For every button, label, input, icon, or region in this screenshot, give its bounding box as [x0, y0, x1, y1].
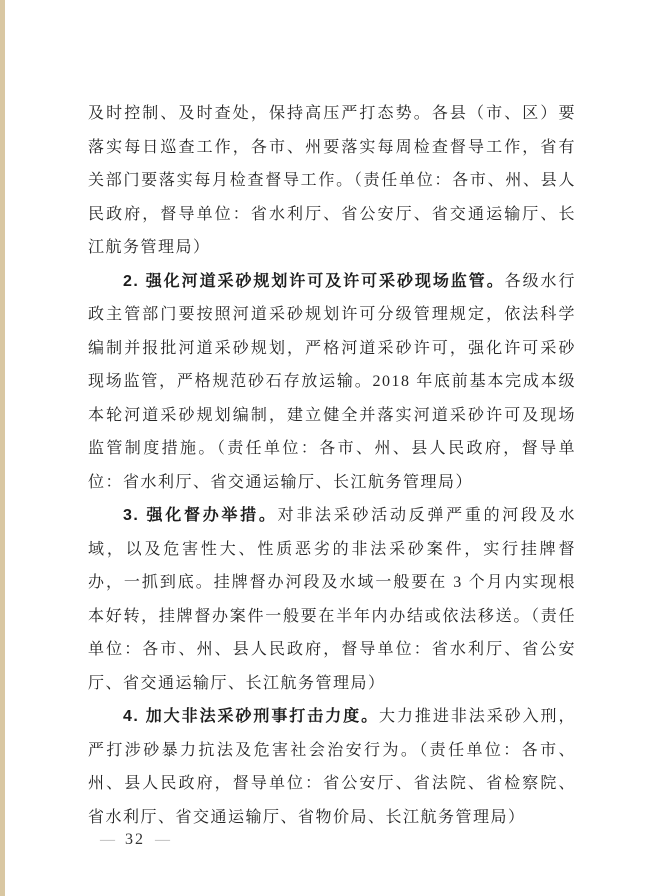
paragraph-heading: 3. 强化督办举措。	[123, 507, 278, 524]
paragraph-text: 各级水行政主管部门要按照河道采砂规划许可分级管理规定，依法科学编制并报批河道采砂…	[88, 273, 576, 491]
paragraph-heading: 2. 强化河道采砂规划许可及许可采砂现场监管。	[123, 273, 505, 290]
paragraph: 3. 强化督办举措。对非法采砂活动反弹严重的河段及水域，以及危害性大、性质恶劣的…	[88, 499, 576, 700]
page-number: — 32 —	[100, 831, 170, 849]
page-number-dash-right: —	[155, 832, 170, 849]
paragraph: 4. 加大非法采砂刑事打击力度。大力推进非法采砂入刑，严打涉砂暴力抗法及危害社会…	[88, 700, 576, 834]
paragraph-text: 对非法采砂活动反弹严重的河段及水域，以及危害性大、性质恶劣的非法采砂案件，实行挂…	[88, 507, 576, 692]
paragraph-container: 及时控制、及时查处，保持高压严打态势。各县（市、区）要落实每日巡查工作，各市、州…	[88, 97, 576, 834]
document-body: 及时控制、及时查处，保持高压严打态势。各县（市、区）要落实每日巡查工作，各市、州…	[88, 97, 576, 834]
page-binding-strip	[0, 0, 5, 896]
paragraph-text: 大力推进非法采砂入刑，严打涉砂暴力抗法及危害社会治安行为。（责任单位：各市、州、…	[88, 708, 576, 826]
paragraph-heading: 4. 加大非法采砂刑事打击力度。	[123, 708, 379, 725]
document-page: 及时控制、及时查处，保持高压严打态势。各县（市、区）要落实每日巡查工作，各市、州…	[0, 0, 658, 896]
paragraph-text: 及时控制、及时查处，保持高压严打态势。各县（市、区）要落实每日巡查工作，各市、州…	[88, 105, 576, 256]
page-number-value: 32	[125, 831, 145, 849]
paragraph: 2. 强化河道采砂规划许可及许可采砂现场监管。各级水行政主管部门要按照河道采砂规…	[88, 265, 576, 500]
page-number-dash-left: —	[100, 832, 115, 849]
paragraph: 及时控制、及时查处，保持高压严打态势。各县（市、区）要落实每日巡查工作，各市、州…	[88, 97, 576, 265]
